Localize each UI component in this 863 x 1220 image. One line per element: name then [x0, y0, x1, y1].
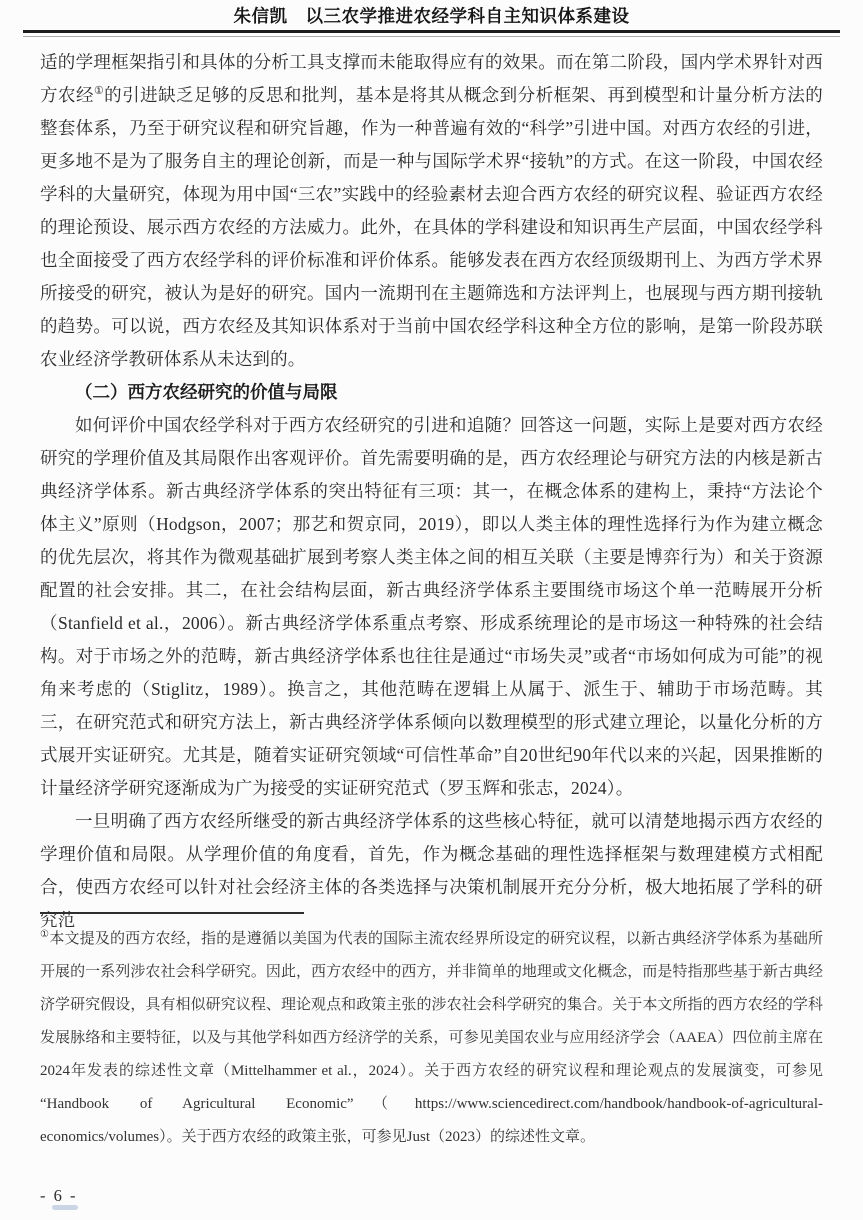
footnote-divider [40, 912, 304, 914]
body-paragraph: 如何评价中国农经学科对于西方农经研究的引进和追随？回答这一问题，实际上是要对西方… [40, 409, 823, 805]
section-heading: （二）西方农经研究的价值与局限 [40, 376, 823, 409]
document-page: 朱信凯 以三农学推进农经学科自主知识体系建设 适的学理框架指引和具体的分析工具支… [0, 0, 863, 1220]
page-header: 朱信凯 以三农学推进农经学科自主知识体系建设 [0, 0, 863, 37]
footnote: ①本文提及的西方农经，指的是遵循以美国为代表的国际主流农经界所设定的研究议程，以… [40, 923, 823, 1154]
footnote-reference-marker: ① [94, 85, 104, 97]
article-body: 适的学理框架指引和具体的分析工具支撑而未能取得应有的效果。而在第二阶段，国内学术… [0, 37, 863, 937]
footnote-text: 本文提及的西方农经，指的是遵循以美国为代表的国际主流农经界所设定的研究议程，以新… [40, 931, 823, 1145]
running-head-title: 朱信凯 以三农学推进农经学科自主知识体系建设 [0, 6, 863, 26]
paragraph-text: 的引进缺乏足够的反思和批判，基本是将其从概念到分析框架、再到模型和计量分析方法的… [40, 85, 823, 369]
header-divider-thick-line [23, 30, 840, 33]
header-divider [23, 30, 840, 37]
footnote-section: ①本文提及的西方农经，指的是遵循以美国为代表的国际主流农经界所设定的研究议程，以… [40, 912, 823, 1154]
body-paragraph-continuation: 适的学理框架指引和具体的分析工具支撑而未能取得应有的效果。而在第二阶段，国内学术… [40, 46, 823, 376]
page-number: - 6 - [40, 1186, 78, 1206]
footnote-marker: ① [40, 929, 49, 940]
scan-artifact-mark [52, 1205, 78, 1210]
